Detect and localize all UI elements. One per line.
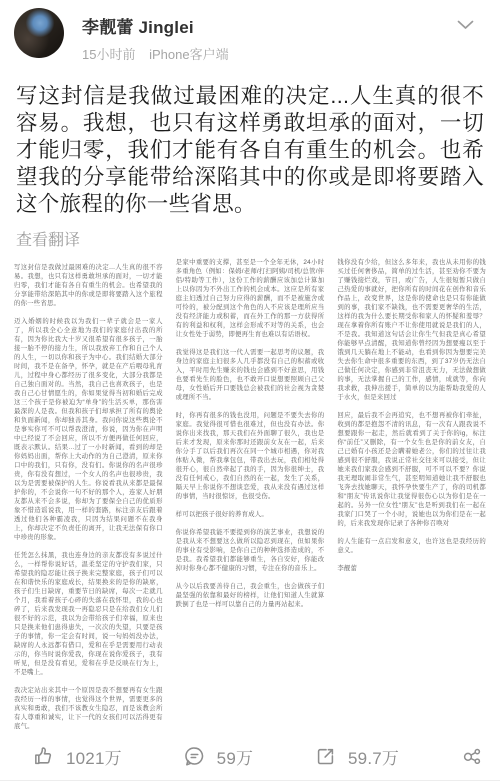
letter-paragraph: 任凭怎么抹黑，我也连身边的亲友都没有多说过什么，一样帮你说好话，温柔坚定的守护我… bbox=[14, 551, 163, 677]
like-button[interactable]: 1021万 bbox=[32, 744, 122, 769]
letter-paragraph: 时，你再有很多的钱也没用，问题是不要失去你的家庭。我觉得很可惜也很难过，但也没有… bbox=[176, 411, 325, 501]
letter-paragraph: 我觉得这是我们这一代人需要一起思考的议题，我身边的家庭主妇很多人几乎都没有自己的… bbox=[176, 348, 325, 402]
letter-column-2: 是家中重要的支撑，甚至是一个全年无休，24小时多重角色（例如：保姆/老师/打扫阿… bbox=[176, 258, 325, 758]
share-export-icon bbox=[314, 745, 337, 768]
post-header: 李靓蕾 Jinglei 15小时前 iPhone客户端 bbox=[0, 0, 500, 63]
author-block: 李靓蕾 Jinglei 15小时前 iPhone客户端 bbox=[82, 8, 229, 63]
avatar[interactable] bbox=[14, 8, 64, 58]
comment-count: 59万 bbox=[217, 744, 254, 769]
letter-paragraph: 的人生能有一点启发和意义，也许这也是我经历的意义。 bbox=[337, 537, 486, 555]
post-time: 15小时前 bbox=[82, 47, 135, 62]
post-meta: 15小时前 iPhone客户端 bbox=[82, 44, 229, 63]
translate-link[interactable]: 查看翻译 bbox=[16, 227, 80, 250]
comment-button[interactable]: 59万 bbox=[183, 744, 254, 769]
letter-signature: 李靓蕾 bbox=[337, 564, 486, 573]
chevron-down-icon bbox=[457, 20, 474, 30]
share-nodes-button[interactable] bbox=[460, 744, 484, 768]
share-nodes-icon bbox=[460, 744, 484, 768]
like-count: 1021万 bbox=[66, 744, 122, 769]
more-options-button[interactable] bbox=[453, 16, 478, 34]
author-name[interactable]: 李靓蕾 Jinglei bbox=[82, 13, 229, 38]
share-button[interactable]: 59.7万 bbox=[314, 744, 399, 769]
comment-bubble-icon bbox=[183, 745, 206, 768]
letter-paragraph: 回应，最后我不会再追究，也不想再被你们牵扯，收到的都是抱怨不清的讯息，有一次有人… bbox=[337, 411, 486, 528]
letter-image[interactable]: 写这封信是我做过最困难的决定...人生真的很不容易。我想，也只有这样勇敢坦承的面… bbox=[0, 258, 500, 758]
post-source: iPhone客户端 bbox=[149, 47, 228, 62]
letter-paragraph: 样可以把孩子很好的养育成人。 bbox=[176, 510, 325, 519]
share-count: 59.7万 bbox=[348, 744, 399, 769]
post-text: 写这封信是我做过最困难的决定...人生真的很不容易。我想，也只有这样勇敢坦承的面… bbox=[16, 83, 484, 218]
letter-paragraph: 迈入婚姻的时候我以为我们一辈子就会是一家人了，所以我全心全意地为我们的家庭付出我… bbox=[14, 317, 163, 542]
letter-paragraph: 你说你希望我能不要提到你的演艺事业，我想说的是我从来不想要这么做所以隐忍到现在，… bbox=[176, 528, 325, 573]
letter-column-3: 钱你没有少给，但这么多年来，我也从未用你的钱买过任何奢侈品，简单的过生活，甚至劝… bbox=[337, 258, 486, 758]
letter-paragraph: 写这封信是我做过最困难的决定...人生真的很不容易。我想，也只有这样勇敢坦承的面… bbox=[14, 263, 163, 308]
letter-column-1: 写这封信是我做过最困难的决定...人生真的很不容易。我想，也只有这样勇敢坦承的面… bbox=[14, 263, 163, 758]
thumbs-up-icon bbox=[32, 745, 55, 768]
letter-paragraph: 钱你没有少给，但这么多年来，我也从未用你的钱买过任何奢侈品，简单的过生活，甚至劝… bbox=[337, 258, 486, 402]
letter-paragraph: 我决定站出来其中一个原因是我不想要再有女生跟我经历一样的事情，也觉得这个世界，需… bbox=[14, 686, 163, 731]
letter-paragraph: 从今以后我要善待自己，我会重生，也会做孩子们最坚强的依靠和最好的榜样，让他们知道… bbox=[176, 582, 325, 609]
action-bar: 1021万 59万 59.7万 bbox=[0, 741, 500, 771]
letter-paragraph: 是家中重要的支撑，甚至是一个全年无休，24小时多重角色（例如：保姆/老师/打扫阿… bbox=[176, 258, 325, 339]
